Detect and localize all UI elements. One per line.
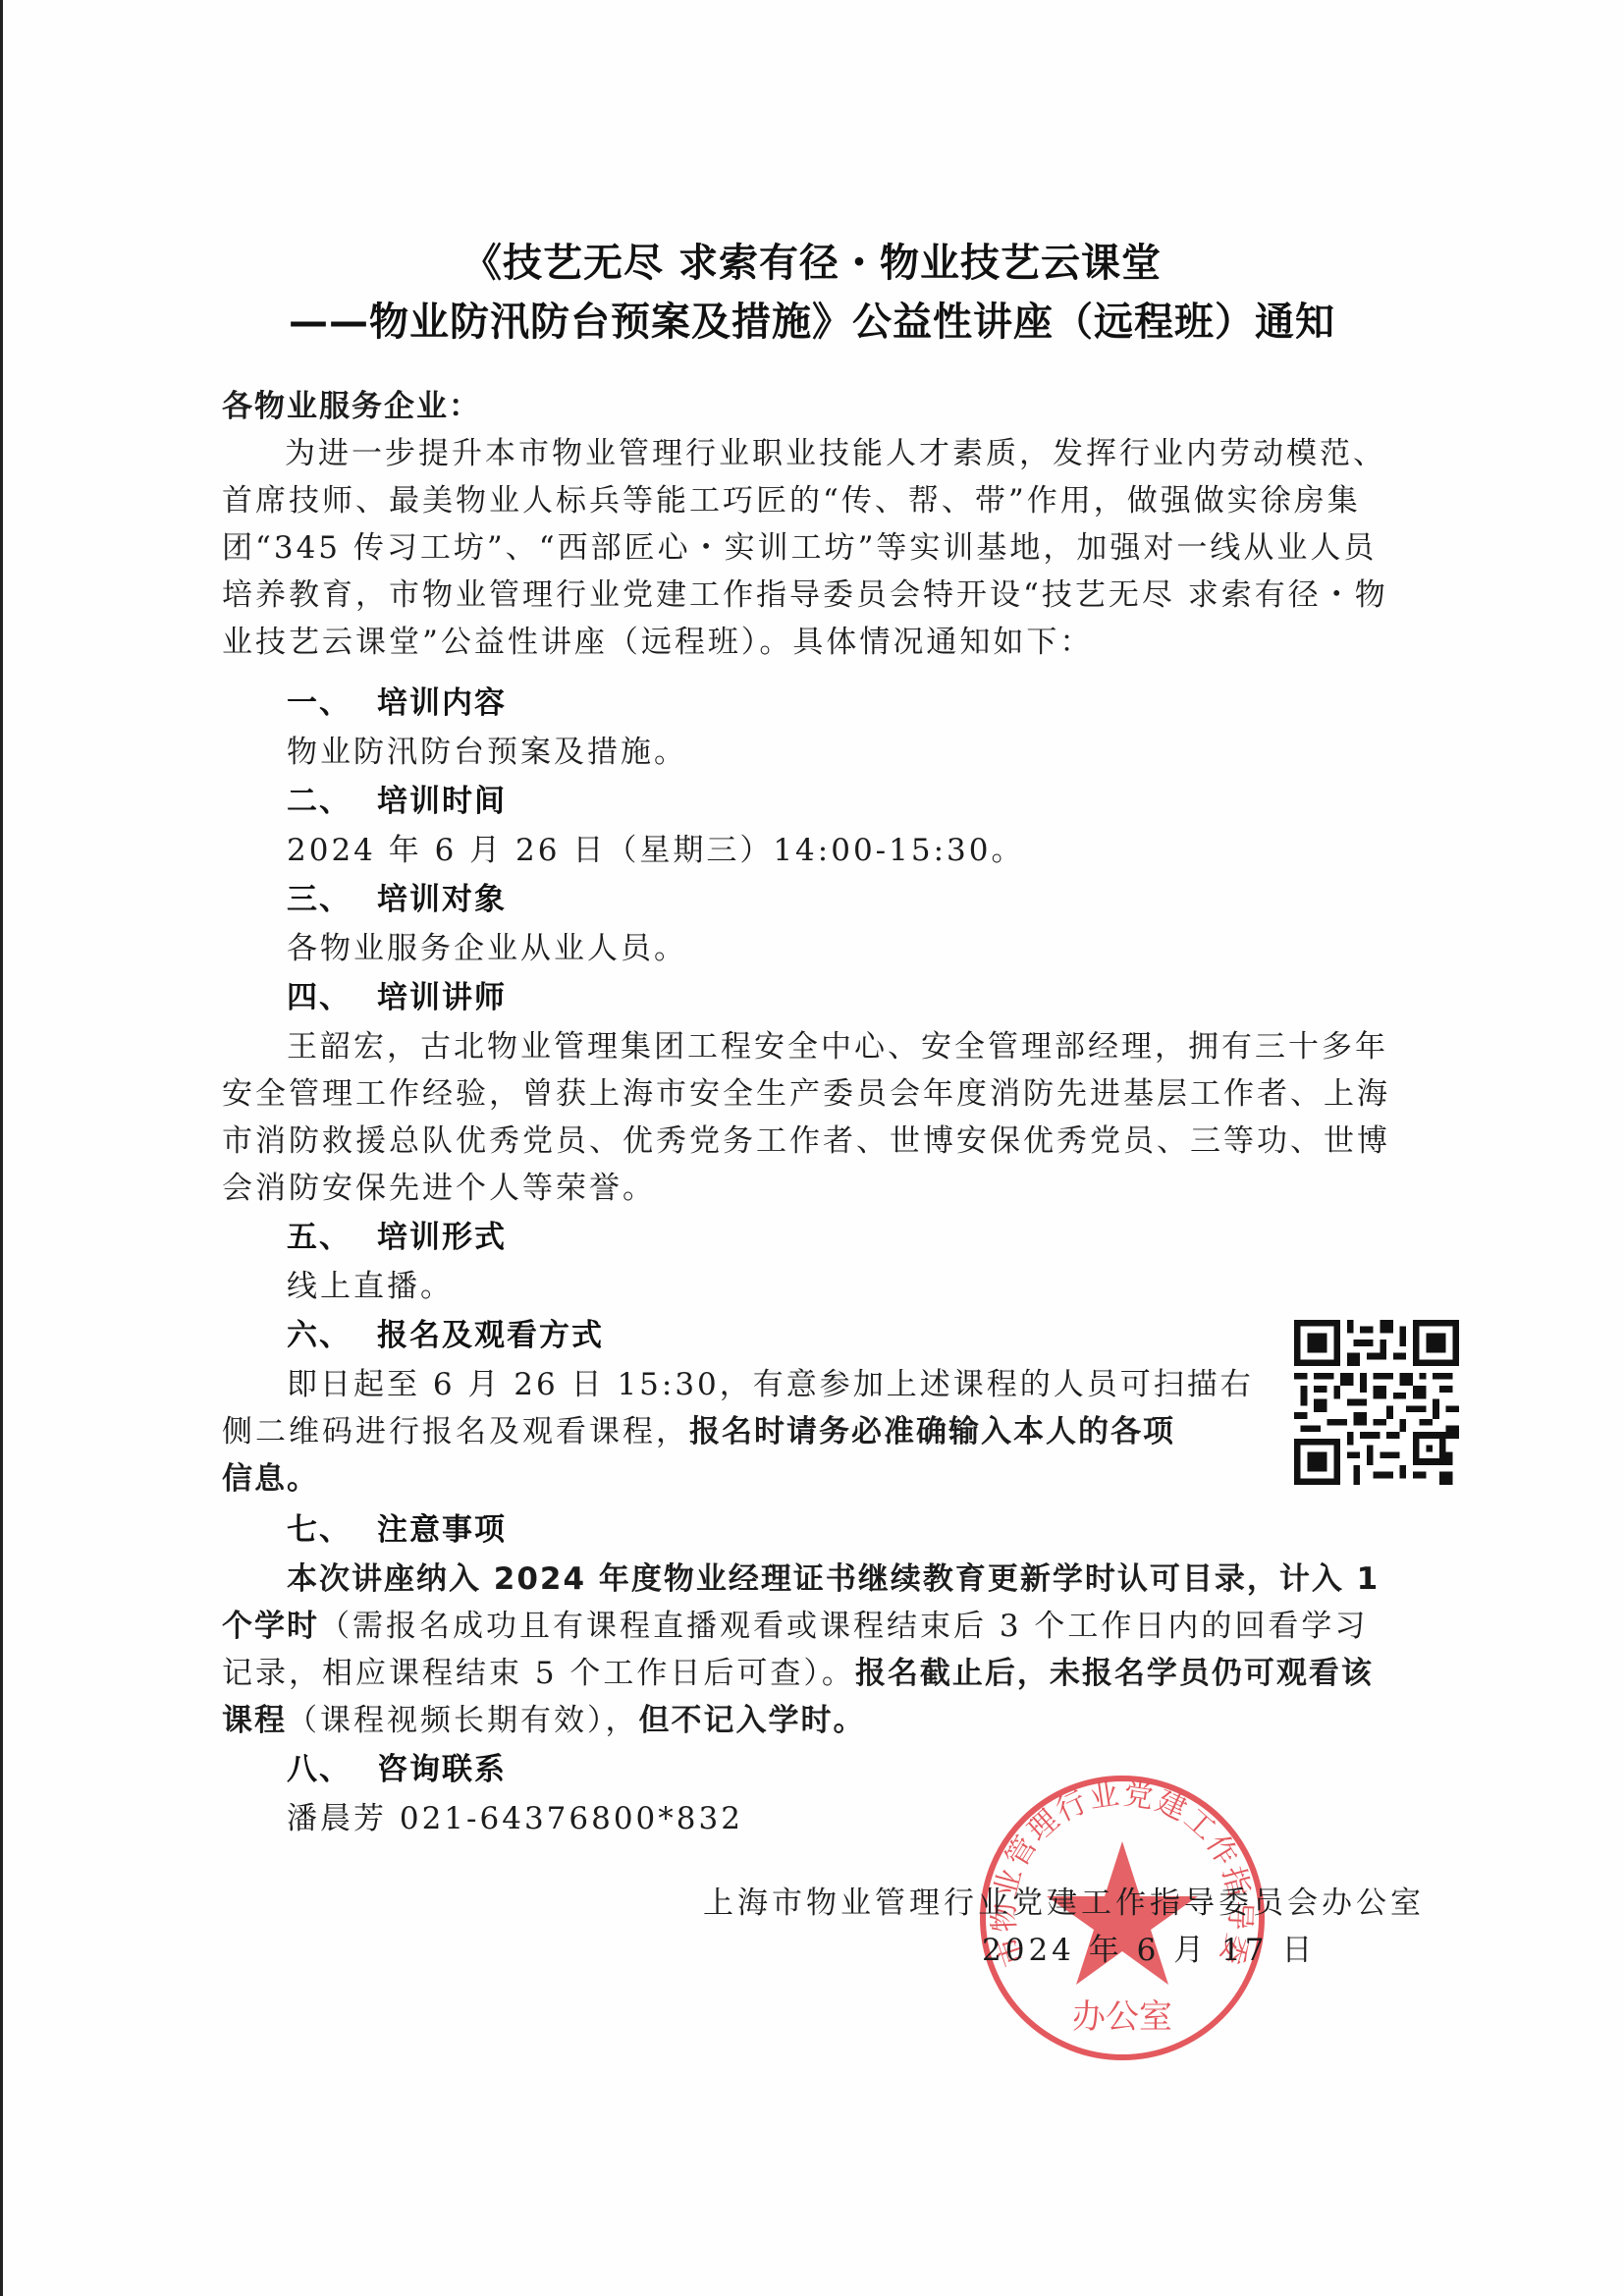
section-title: 培训讲师 — [377, 980, 507, 1015]
section-title: 培训内容 — [377, 685, 507, 721]
section-body: 记录，相应课程结束 5 个工作日后可查）。报名截止后，未报名学员仍可观看该 — [222, 1648, 1374, 1692]
section-heading-3: 三、培训对象 — [287, 874, 507, 918]
section-number: 八、 — [287, 1752, 352, 1787]
section-number: 五、 — [287, 1220, 352, 1255]
section-heading-8: 八、咨询联系 — [287, 1744, 507, 1788]
section-title: 注意事项 — [377, 1512, 507, 1548]
intro-line: 培养教育，市物业管理行业党建工作指导委员会特开设“技艺无尽 求索有径・物 — [222, 570, 1388, 614]
section-body: 2024 年 6 月 26 日（星期三）14:00-15:30。 — [287, 825, 1024, 869]
body-text-emphasis: 报名时请务必准确输入本人的各项 — [689, 1414, 1175, 1449]
section-title: 培训时间 — [377, 784, 507, 819]
section-number: 一、 — [287, 685, 352, 721]
section-body: 会消防安保先进个人等荣誉。 — [222, 1163, 656, 1207]
contact-info: 潘晨芳 021-64376800*832 — [287, 1793, 743, 1837]
body-text-emphasis: 信息。 — [222, 1453, 319, 1498]
intro-line: 业技艺云课堂”公益性讲座（远程班）。具体情况通知如下： — [222, 617, 1093, 661]
document-title-line2: ——物业防汛防台预案及措施》公益性讲座（远程班）通知 — [0, 291, 1624, 347]
document-page: 《技艺无尽 求索有径・物业技艺云课堂 ——物业防汛防台预案及措施》公益性讲座（远… — [0, 0, 1624, 2296]
body-text-emphasis: 课程 — [222, 1703, 287, 1738]
section-heading-1: 一、培训内容 — [287, 678, 507, 722]
section-body: 个学时（需报名成功且有课程直播观看或课程结束后 3 个工作日内的回看学习 — [222, 1601, 1368, 1645]
section-body: 侧二维码进行报名及观看课程，报名时请务必准确输入本人的各项 — [222, 1406, 1175, 1450]
intro-line: 为进一步提升本市物业管理行业职业技能人才素质，发挥行业内劳动模范、 — [285, 428, 1386, 472]
body-text-emphasis: 报名截止后，未报名学员仍可观看该 — [855, 1656, 1374, 1691]
body-text: （课程视频长期有效）， — [287, 1703, 639, 1738]
body-text: 记录，相应课程结束 5 个工作日后可查）。 — [222, 1656, 855, 1691]
greeting: 各物业服务企业： — [222, 381, 481, 425]
qr-code-icon[interactable] — [1294, 1320, 1459, 1485]
body-text-emphasis: 本次讲座纳入 2024 年度物业经理证书继续教育更新学时认可目录，计入 1 — [287, 1554, 1380, 1598]
body-text-emphasis: 个学时 — [222, 1609, 319, 1644]
intro-line: 团“345 传习工坊”、“西部匠心・实训工坊”等实训基地，加强对一线从业人员 — [222, 522, 1377, 567]
section-body: 王韶宏，古北物业管理集团工程安全中心、安全管理部经理，拥有三十多年 — [287, 1021, 1388, 1066]
section-body: 安全管理工作经验，曾获上海市安全生产委员会年度消防先进基层工作者、上海 — [222, 1068, 1390, 1113]
section-title: 培训形式 — [377, 1220, 507, 1255]
section-body: 物业防汛防台预案及措施。 — [287, 727, 687, 771]
body-text-emphasis: 但不记入学时。 — [639, 1703, 866, 1738]
section-number: 三、 — [287, 882, 352, 917]
svg-text:办公室: 办公室 — [1072, 1997, 1172, 2037]
section-number: 七、 — [287, 1512, 352, 1548]
body-text: 侧二维码进行报名及观看课程， — [222, 1414, 689, 1449]
section-heading-7: 七、注意事项 — [287, 1504, 507, 1549]
section-heading-5: 五、培训形式 — [287, 1212, 507, 1256]
section-heading-4: 四、培训讲师 — [287, 972, 507, 1016]
intro-line: 首席技师、最美物业人标兵等能工巧匠的“传、帮、带”作用，做强做实徐房集 — [222, 475, 1361, 519]
section-body: 课程（课程视频长期有效），但不记入学时。 — [222, 1695, 866, 1739]
issuing-organization: 上海市物业管理行业党建工作指导委员会办公室 — [703, 1878, 1425, 1922]
section-heading-6: 六、报名及观看方式 — [287, 1310, 604, 1354]
section-number: 六、 — [287, 1318, 352, 1353]
section-body: 各物业服务企业从业人员。 — [287, 923, 687, 967]
section-title: 咨询联系 — [377, 1752, 507, 1787]
document-title-line1: 《技艺无尽 求索有径・物业技艺云课堂 — [0, 232, 1624, 288]
section-number: 二、 — [287, 784, 352, 819]
section-title: 报名及观看方式 — [377, 1318, 604, 1353]
body-text: （需报名成功且有课程直播观看或课程结束后 3 个工作日内的回看学习 — [319, 1609, 1368, 1644]
section-number: 四、 — [287, 980, 352, 1015]
section-heading-2: 二、培训时间 — [287, 776, 507, 820]
issue-date: 2024 年 6 月 17 日 — [982, 1925, 1316, 1969]
section-body: 即日起至 6 月 26 日 15:30，有意参加上述课程的人员可扫描右 — [287, 1359, 1254, 1403]
section-body: 市消防救援总队优秀党员、优秀党务工作者、世博安保优秀党员、三等功、世博 — [222, 1116, 1390, 1160]
section-title: 培训对象 — [377, 882, 507, 917]
section-body: 线上直播。 — [287, 1261, 454, 1305]
